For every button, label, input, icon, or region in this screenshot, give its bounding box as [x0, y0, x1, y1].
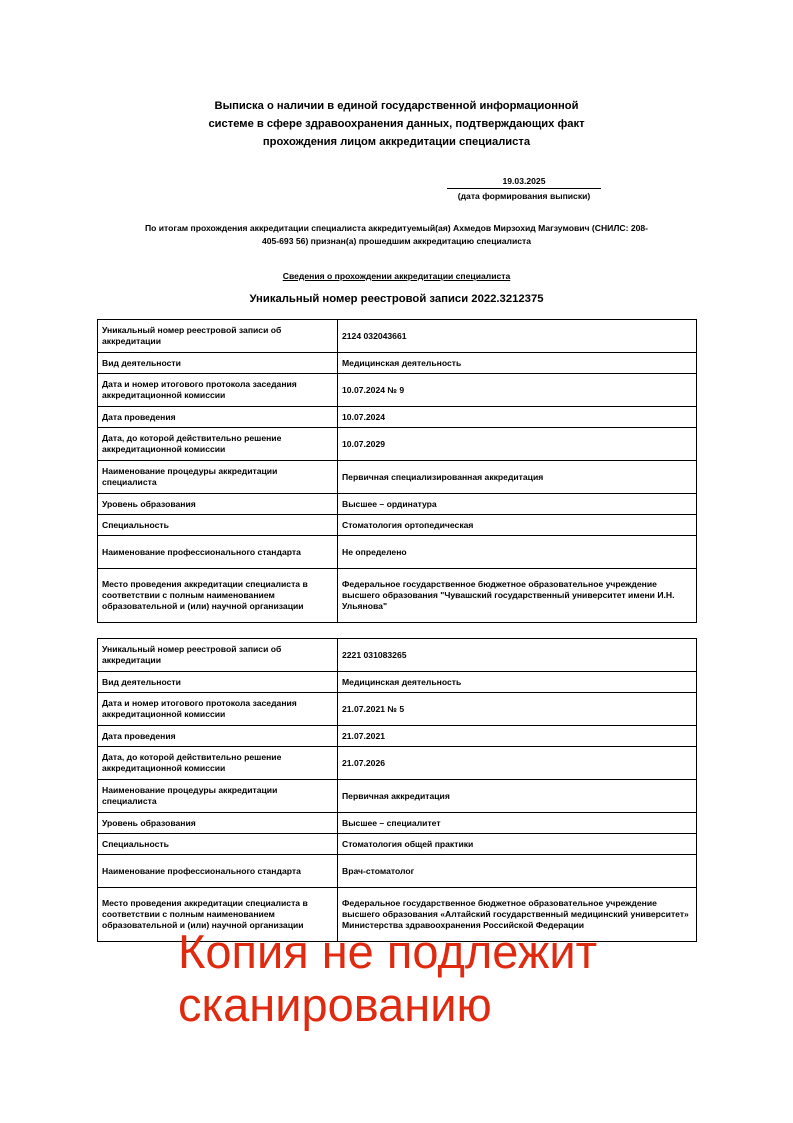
registry-number-title: Уникальный номер реестровой записи 2022.… [0, 293, 793, 305]
intro-line: 405-693 56) признан(а) прошедшим аккреди… [95, 235, 698, 248]
issue-date-caption: (дата формирования выписки) [447, 190, 601, 202]
field-label: Наименование процедуры аккредитации спец… [98, 780, 338, 813]
field-value: Стоматология ортопедическая [338, 515, 697, 536]
field-value: 2221 031083265 [338, 639, 697, 672]
section-title: Сведения о прохождении аккредитации спец… [0, 271, 793, 281]
table-row: Уровень образованияВысшее – ординатура [98, 494, 697, 515]
field-value: Федеральное государственное бюджетное об… [338, 569, 697, 623]
field-label: Место проведения аккредитации специалист… [98, 569, 338, 623]
field-label: Дата проведения [98, 407, 338, 428]
field-value: 10.07.2029 [338, 428, 697, 461]
table-row: Место проведения аккредитации специалист… [98, 569, 697, 623]
field-value: Не определено [338, 536, 697, 569]
field-label: Наименование профессионального стандарта [98, 855, 338, 888]
field-label: Уникальный номер реестровой записи об ак… [98, 639, 338, 672]
field-label: Уровень образования [98, 813, 338, 834]
intro-statement: По итогам прохождения аккредитации специ… [95, 222, 698, 248]
field-label: Дата и номер итогового протокола заседан… [98, 693, 338, 726]
table-row: Наименование профессионального стандарта… [98, 855, 697, 888]
field-label: Наименование профессионального стандарта [98, 536, 338, 569]
table-row: Дата и номер итогового протокола заседан… [98, 374, 697, 407]
field-label: Вид деятельности [98, 672, 338, 693]
field-value: Первичная специализированная аккредитаци… [338, 461, 697, 494]
table-row: Уровень образованияВысшее – специалитет [98, 813, 697, 834]
field-label: Дата и номер итогового протокола заседан… [98, 374, 338, 407]
title-line: прохождения лицом аккредитации специалис… [0, 133, 793, 151]
field-value: 10.07.2024 № 9 [338, 374, 697, 407]
table-row: Уникальный номер реестровой записи об ак… [98, 639, 697, 672]
field-label: Дата, до которой действительно решение а… [98, 428, 338, 461]
title-line: системе в сфере здравоохранения данных, … [0, 115, 793, 133]
field-value: 2124 032043661 [338, 320, 697, 353]
accreditation-record-table: Уникальный номер реестровой записи об ак… [97, 638, 697, 942]
watermark: Копия не подлежит сканированию [178, 925, 597, 1031]
field-value: 21.07.2021 № 5 [338, 693, 697, 726]
field-label: Наименование процедуры аккредитации спец… [98, 461, 338, 494]
table-row: СпециальностьСтоматология общей практики [98, 834, 697, 855]
table-row: Наименование процедуры аккредитации спец… [98, 780, 697, 813]
field-value: 21.07.2021 [338, 726, 697, 747]
table-row: СпециальностьСтоматология ортопедическая [98, 515, 697, 536]
table-row: Дата, до которой действительно решение а… [98, 747, 697, 780]
watermark-line: сканированию [178, 978, 597, 1031]
field-value: Высшее – ординатура [338, 494, 697, 515]
field-label: Специальность [98, 515, 338, 536]
document-title: Выписка о наличии в единой государственн… [0, 97, 793, 151]
table-row: Наименование профессионального стандарта… [98, 536, 697, 569]
field-value: Медицинская деятельность [338, 353, 697, 374]
field-value: Первичная аккредитация [338, 780, 697, 813]
field-label: Дата проведения [98, 726, 338, 747]
table-row: Наименование процедуры аккредитации спец… [98, 461, 697, 494]
field-value: Высшее – специалитет [338, 813, 697, 834]
field-value: 10.07.2024 [338, 407, 697, 428]
field-label: Уровень образования [98, 494, 338, 515]
issue-date: 19.03.2025 [447, 176, 601, 189]
table-row: Уникальный номер реестровой записи об ак… [98, 320, 697, 353]
watermark-line: Копия не подлежит [178, 925, 597, 978]
table-row: Дата, до которой действительно решение а… [98, 428, 697, 461]
field-label: Специальность [98, 834, 338, 855]
table-row: Дата проведения21.07.2021 [98, 726, 697, 747]
issue-date-block: 19.03.2025 (дата формирования выписки) [447, 176, 601, 202]
field-value: 21.07.2026 [338, 747, 697, 780]
accreditation-record-table: Уникальный номер реестровой записи об ак… [97, 319, 697, 623]
table-row: Вид деятельностиМедицинская деятельность [98, 353, 697, 374]
field-label: Дата, до которой действительно решение а… [98, 747, 338, 780]
field-value: Врач-стоматолог [338, 855, 697, 888]
field-value: Стоматология общей практики [338, 834, 697, 855]
table-row: Вид деятельностиМедицинская деятельность [98, 672, 697, 693]
field-value: Медицинская деятельность [338, 672, 697, 693]
intro-line: По итогам прохождения аккредитации специ… [95, 222, 698, 235]
title-line: Выписка о наличии в единой государственн… [0, 97, 793, 115]
field-label: Уникальный номер реестровой записи об ак… [98, 320, 338, 353]
field-label: Вид деятельности [98, 353, 338, 374]
table-row: Дата проведения10.07.2024 [98, 407, 697, 428]
table-row: Дата и номер итогового протокола заседан… [98, 693, 697, 726]
